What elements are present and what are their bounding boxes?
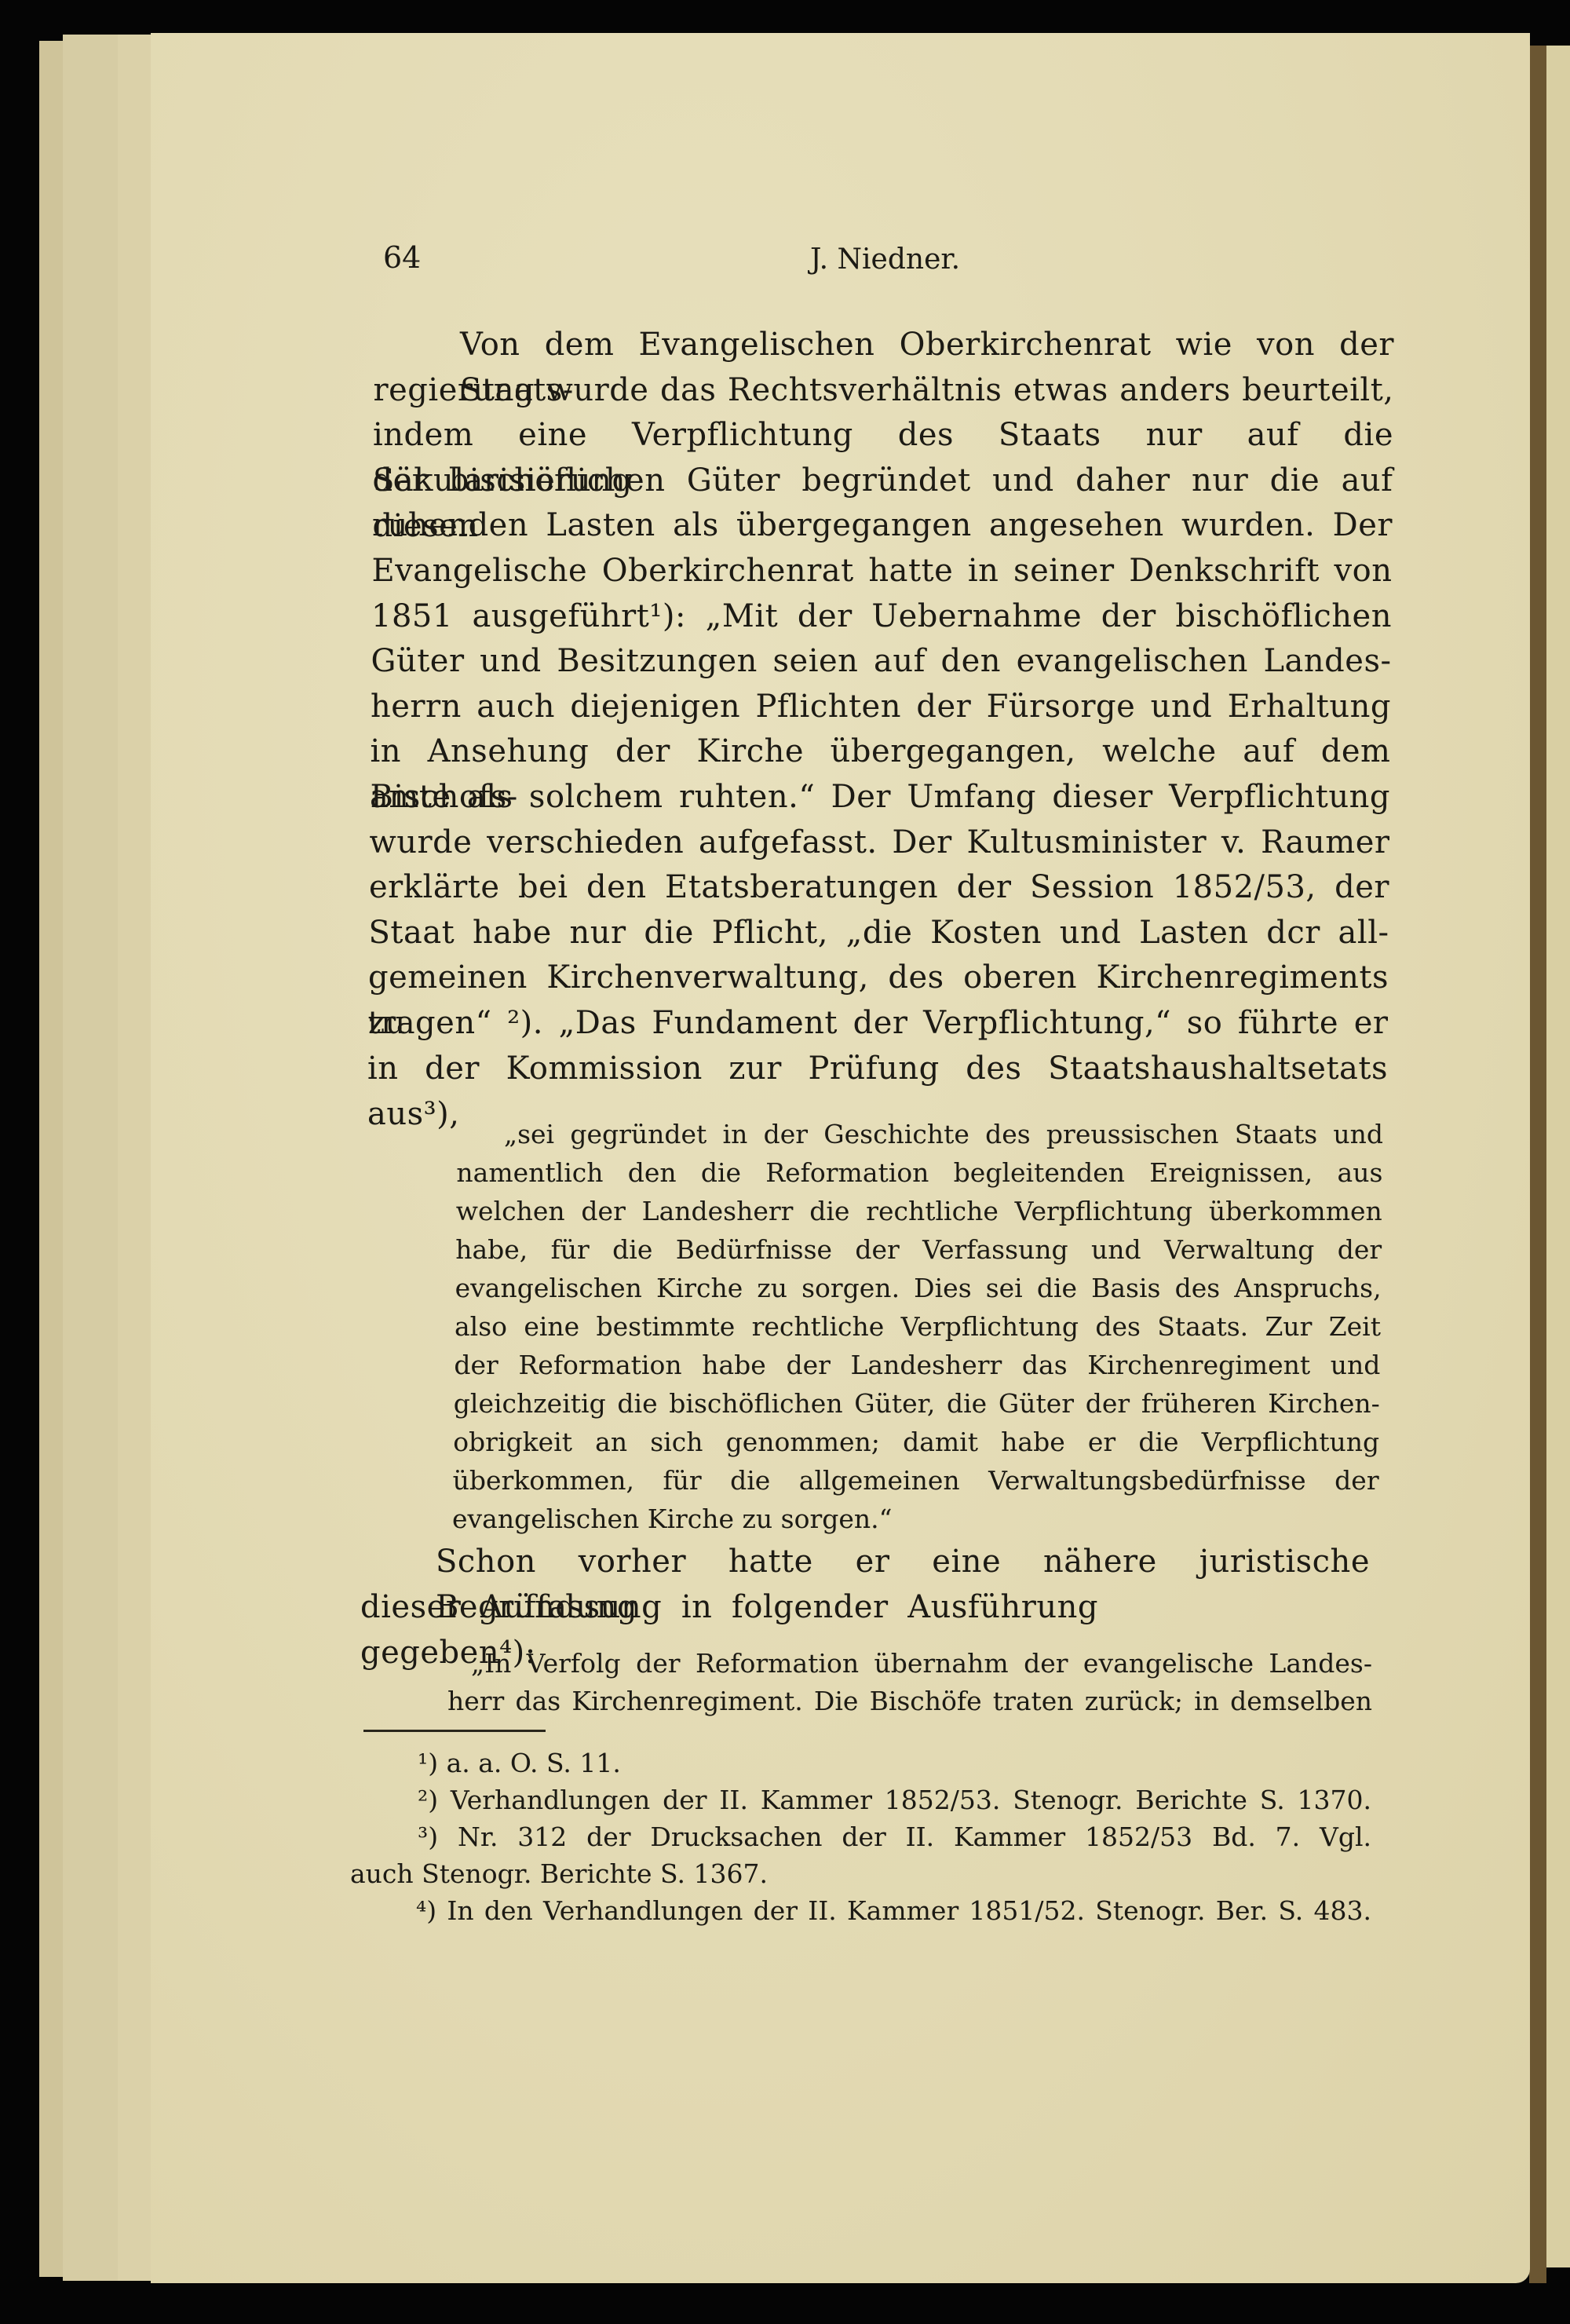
text-line: Schon vorher hatte er eine nähere jurist…: [436, 1539, 1370, 1584]
running-title: J. Niedner.: [810, 243, 960, 276]
text-line: Staat habe nur die Pflicht, „die Kosten …: [369, 910, 1389, 956]
text-line: tragen“ ²). „Das Fundament der Verpflich…: [368, 1000, 1389, 1046]
text-line: herrn auch diejenigen Pflichten der Fürs…: [371, 684, 1391, 729]
text-line: Güter und Besitzungen seien auf den evan…: [371, 638, 1392, 684]
next-page-sliver: [1546, 46, 1570, 2267]
text-line: „In Verfolg der Reformation übernahm der…: [471, 1644, 1372, 1683]
text-line: gemeinen Kirchenverwaltung, des oberen K…: [368, 955, 1389, 1000]
text-line: überkommen, für die allgemeinen Verwaltu…: [453, 1461, 1379, 1500]
text-line: regierung wurde das Rechtsverhältnis etw…: [374, 367, 1394, 413]
text-line: in der Kommission zur Prüfung des Staats…: [367, 1046, 1388, 1091]
text-line: Von dem Evangelischen Oberkirchenrat wie…: [460, 322, 1394, 367]
text-line: also eine bestimmte rechtliche Verpflich…: [455, 1307, 1381, 1346]
text-line: der bischöflichen Güter begründet und da…: [373, 458, 1393, 503]
text-line: amte als solchem ruhten.“ Der Umfang die…: [370, 774, 1390, 820]
text-line: namentlich den die Reformation begleiten…: [456, 1153, 1382, 1192]
text-line: obrigkeit an sich genommen; damit habe e…: [453, 1423, 1379, 1461]
text-line: herr das Kirchenregiment. Die Bischöfe t…: [447, 1682, 1372, 1720]
text-line: ³) Nr. 312 der Drucksachen der II. Kamme…: [418, 1818, 1371, 1855]
text-line: „sei gegründet in der Geschichte des pre…: [504, 1115, 1383, 1153]
text-line: gleichzeitig die bischöflichen Güter, di…: [454, 1384, 1380, 1423]
text-line: der Reformation habe der Landesherr das …: [454, 1346, 1380, 1384]
text-line: welchen der Landesherr die rechtliche Ve…: [456, 1192, 1382, 1230]
text-line: ⁴) In den Verhandlungen der II. Kammer 1…: [416, 1892, 1371, 1929]
text-line: 1851 ausgeführt¹): „Mit der Uebernahme d…: [371, 594, 1392, 639]
text-line: evangelischen Kirche zu sorgen. Dies sei…: [455, 1269, 1382, 1307]
text-line: erklärte bei den Etatsberatungen der Ses…: [369, 864, 1389, 910]
footnote-separator: [363, 1730, 546, 1732]
text-line: ruhenden Lasten als übergegangen angeseh…: [372, 502, 1393, 548]
book-gutter: [1529, 46, 1546, 2283]
text-line: dieser Auffassung in folgender Ausführun…: [360, 1584, 1098, 1630]
text-line: habe, für die Bedürfnisse der Verfassung…: [455, 1230, 1382, 1269]
text-line: auch Stenogr. Berichte S. 1367.: [350, 1855, 790, 1892]
text-line: ²) Verhandlungen der II. Kammer 1852/53.…: [418, 1781, 1371, 1818]
text-line: wurde verschieden aufgefasst. Der Kultus…: [370, 820, 1390, 865]
page-number: 64: [383, 240, 421, 275]
text-line: ¹) a. a. O. S. 11.: [418, 1745, 747, 1781]
text-line: indem eine Verpflichtung des Staats nur …: [373, 412, 1393, 458]
text-line: in Ansehung der Kirche übergegangen, wel…: [371, 729, 1391, 774]
text-line: Evangelische Oberkirchenrat hatte in sei…: [372, 548, 1393, 594]
text-line: evangelischen Kirche zu sorgen.“: [452, 1500, 1378, 1538]
